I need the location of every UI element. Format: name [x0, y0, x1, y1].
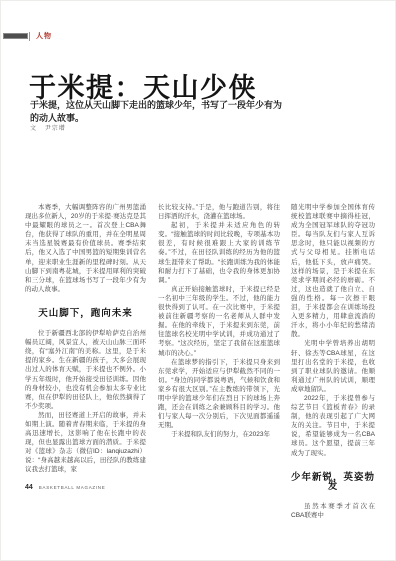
magazine-page: 人物 于米提：天山少侠 于米提，这位从天山脚下走出的篮球少年，书写了一段年少有为… [0, 0, 396, 561]
paragraph: 在篮球梦的指引下，于米提只身来到东莞求学，开始适应与伊犁截然不同的一切。“身边的… [158, 358, 280, 431]
paragraph: 随光明中学参加全国体育传统校篮球联赛中摘得桂冠，成为全国冠军球队的夺冠功臣。每当… [291, 203, 375, 339]
paragraph: 位于新疆西北部的伊犁哈萨克自治州幅员辽阔，风景宜人，被天山山脉三面环绕，有“塞外… [25, 329, 146, 411]
paragraph: 本赛季，大幅调整阵容的广州男篮涌现出多位新人，20岁的于米提·赛达克是其中最耀眼… [25, 203, 146, 294]
magazine-name: BASKETBALL MAGAZINE [39, 485, 106, 490]
section-heading-1: 天山脚下，跑向未来 [25, 309, 146, 318]
paragraph: 真正开始接触篮球时，于米提已经是一名初中三年级的学生。不过，他的能力很快得到了认… [158, 285, 280, 358]
article-deck: 于米提，这位从天山脚下走出的篮球少年，书写了一段年少有为的动人故事。 [30, 99, 282, 125]
section-tag-bar [3, 33, 28, 39]
paragraph: 于米提和队友们的努力，在2023年 [158, 430, 280, 439]
paragraph: 2022年，于米提曾参与综艺节目《篮板青春》的录制，他的表现引起了广大网友的关注… [291, 394, 375, 458]
section-tag-label: 人物 [36, 31, 52, 41]
body-column-3: 随光明中学参加全国体育传统校篮球联赛中摘得桂冠，成为全国冠军球队的夺冠功臣。每当… [291, 203, 375, 520]
body-column-1: 本赛季，大幅调整阵容的广州男篮涌现出多位新人，20岁的于米提·赛达克是其中最耀眼… [25, 203, 146, 475]
page-number: 44 [25, 484, 33, 491]
section-tag-row: 人物 [3, 30, 52, 42]
section-tag-tick [29, 32, 30, 41]
body-column-2: 长比较支持。”于是，他与跑道告别，将往日挥洒的汗水，浇灌在篮球场。 起初，于米提… [158, 203, 280, 439]
section-heading-2: 少年新锐，英姿勃发 [291, 473, 375, 491]
page-footer: 44 BASKETBALL MAGAZINE [25, 484, 105, 491]
paragraph: 光明中学曾培养出胡明轩、徐杰等CBA球星，在这里打出名堂的于米提，也收到了职业球… [291, 339, 375, 394]
byline-author: 尹宗增 [45, 126, 66, 132]
byline: 文 尹宗增 [30, 123, 66, 132]
byline-label: 文 [30, 126, 37, 132]
paragraph: 虽然本赛季才首次在CBA联赛中 [291, 502, 375, 520]
paragraph: 长比较支持。”于是，他与跑道告别，将往日挥洒的汗水，浇灌在篮球场。 [158, 203, 280, 221]
paragraph: 然而，田径赛道上开启的故事，并未如期上演。随着青春期来临，于米提的身高迅速增长，… [25, 411, 146, 475]
paragraph: 起初，于米提并未适应角色的转变。“接触篮球的时间比较晚，专项基本功很差，有时候很… [158, 221, 280, 285]
